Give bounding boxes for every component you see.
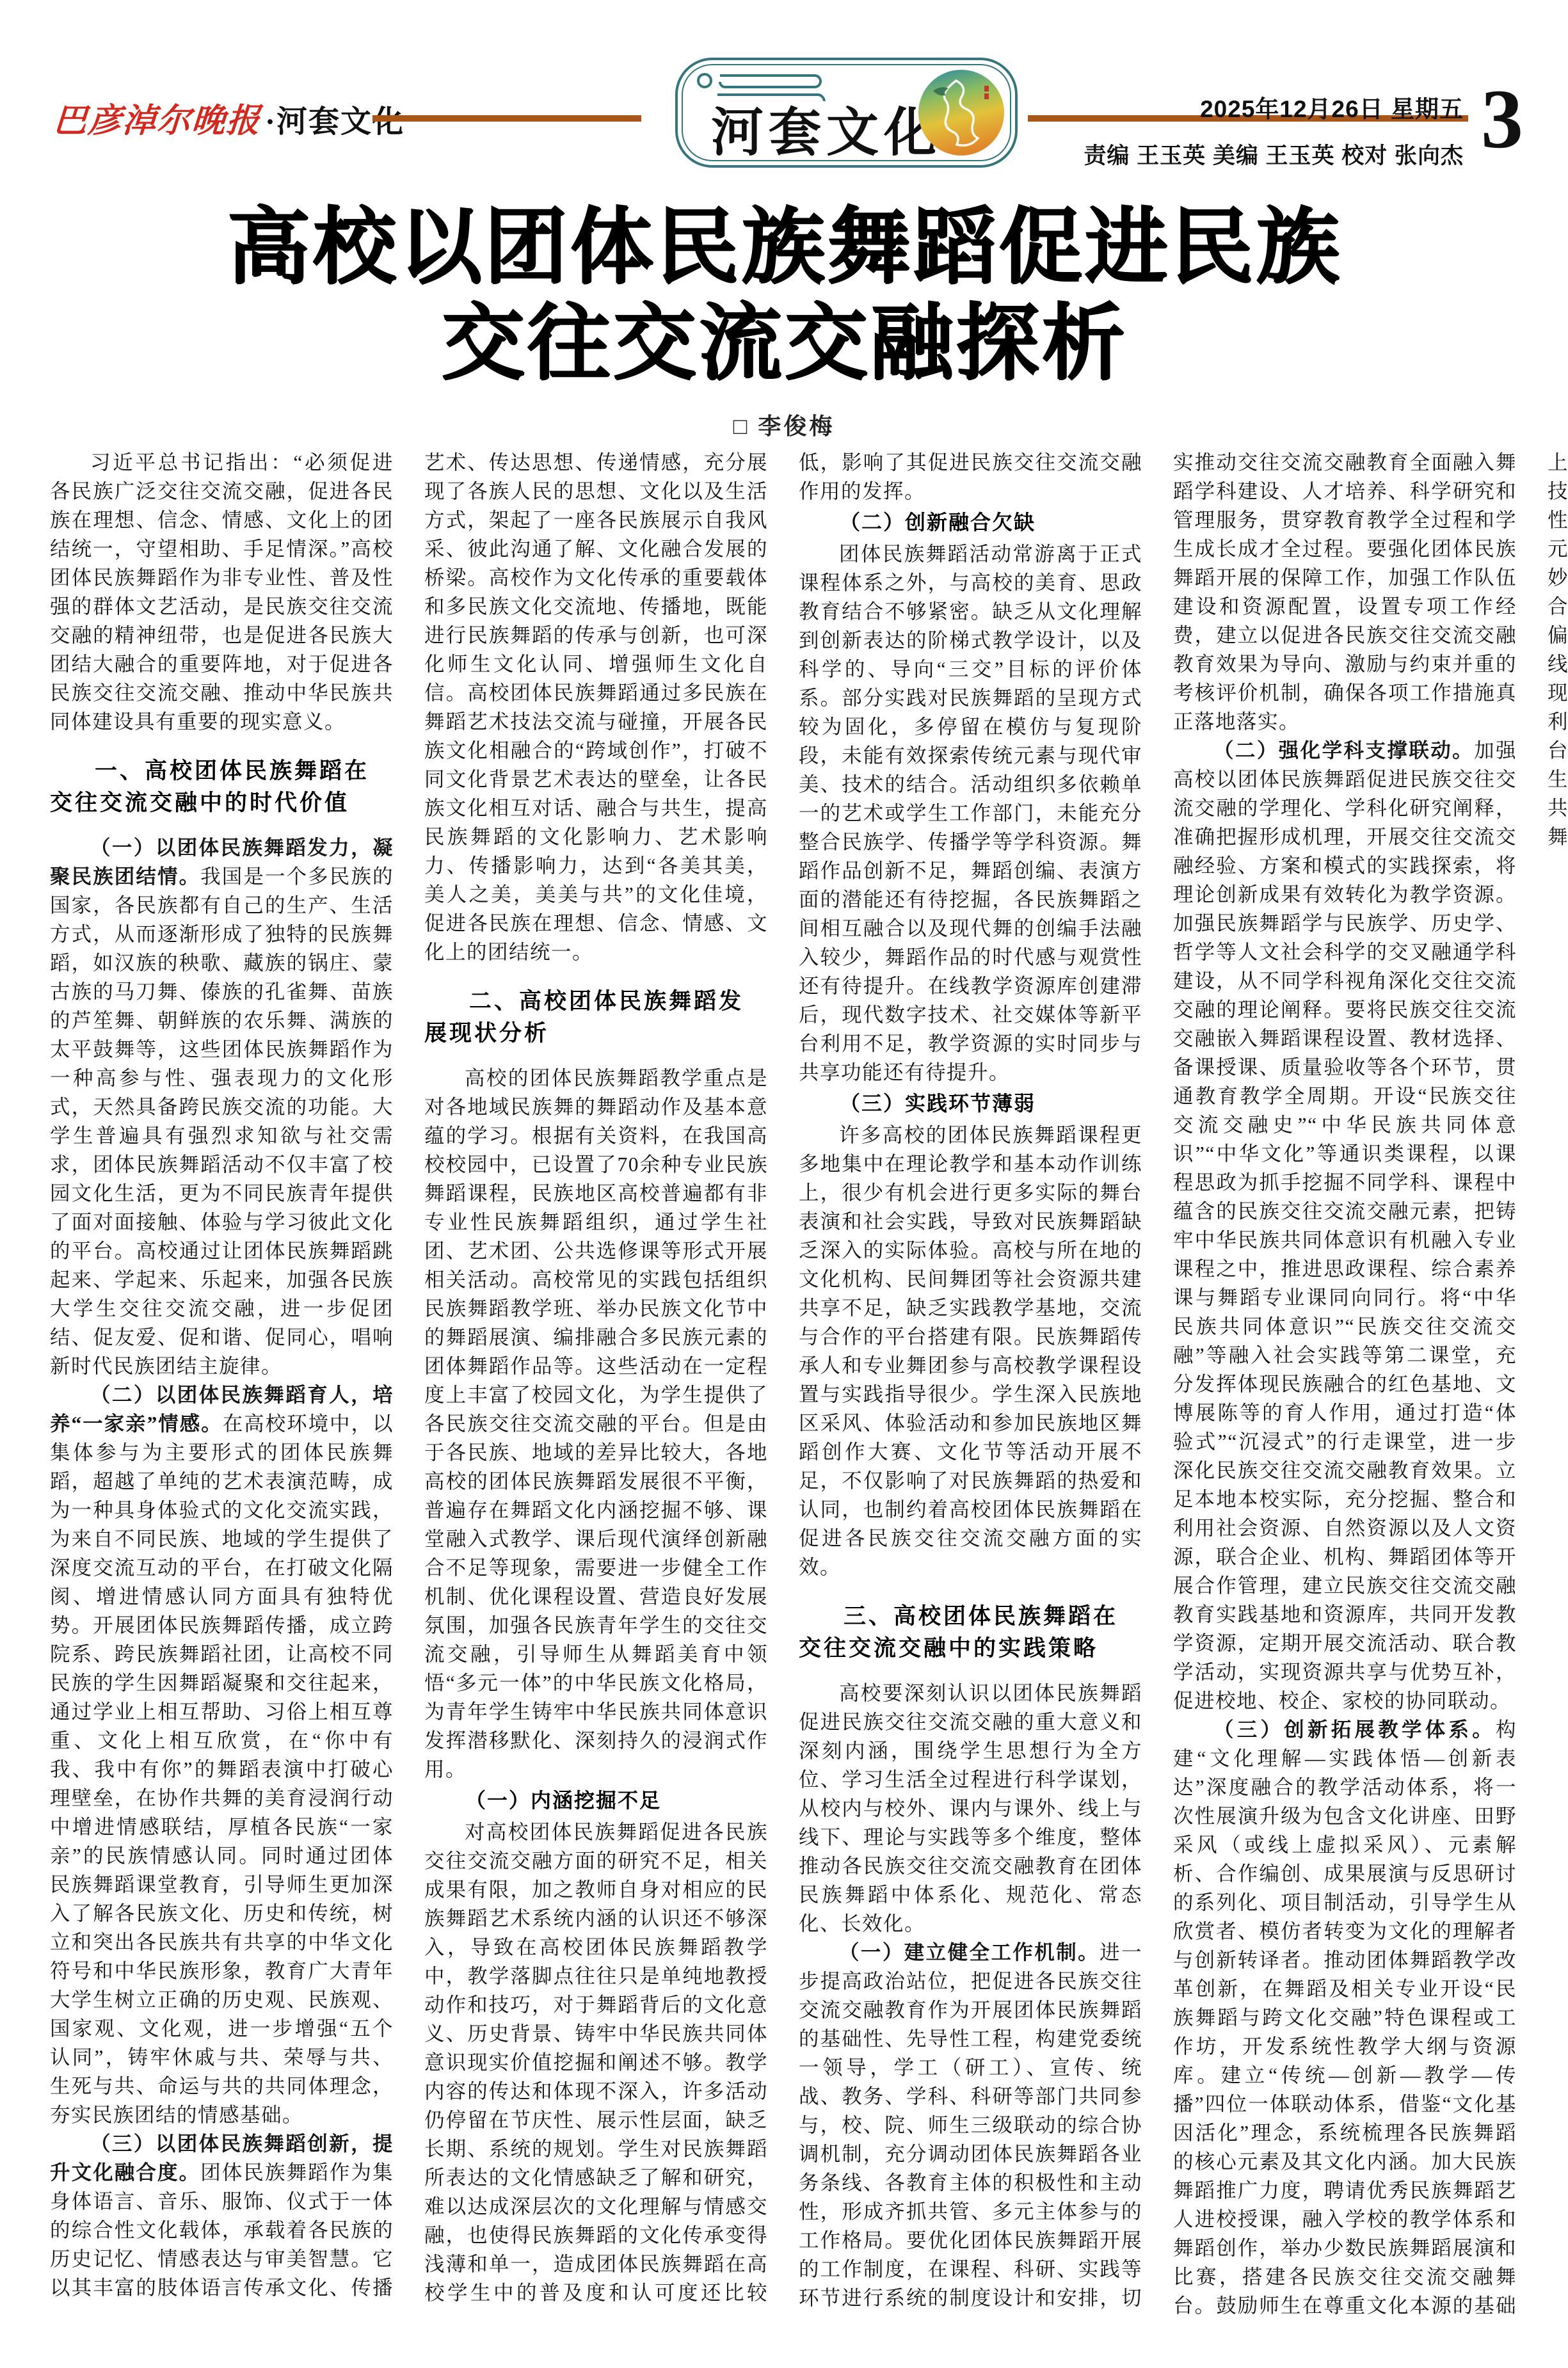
masthead: 巴彦淖尔晚报·河套文化 — [54, 93, 404, 141]
article-paragraph: 高校的团体民族舞蹈教学重点是对各地域民族舞的舞蹈动作及基本意蕴的学习。根据有关资… — [424, 1064, 768, 1784]
article-paragraph: （二）以团体民族舞蹈育人，培养“一家亲”情感。在高校环境中，以集体参与为主要形式… — [50, 1380, 394, 2129]
article-paragraph: 许多高校的团体民族舞蹈课程更多地集中在理论教学和基本动作训练上，很少有机会进行更… — [799, 1121, 1142, 1581]
header-rule-left — [372, 115, 641, 122]
globe-icon — [916, 68, 1006, 157]
page-number: 3 — [1481, 77, 1523, 161]
section-heading: 二、高校团体民族舞蹈发展现状分析 — [424, 986, 768, 1050]
subsection-heading: （三）实践环节薄弱 — [799, 1089, 1142, 1118]
section-heading: 一、高校团体民族舞蹈在交往交流交融中的时代价值 — [50, 755, 394, 819]
dateline: 2025年12月26日 星期五 责编 王玉英 美编 王玉英 校对 张向杰 — [1084, 90, 1464, 170]
badge-title: 河套文化 — [711, 91, 941, 166]
subsection-heading: （一）内涵挖掘不足 — [424, 1786, 768, 1815]
article-paragraph: （一）以团体民族舞蹈发力，凝聚民族团结情。我国是一个多民族的国家，各民族都有自己… — [50, 833, 394, 1380]
section-badge: 河套文化 — [675, 58, 1018, 168]
article-paragraph: 习近平总书记指出：“必须促进各民族广泛交往交流交融，促进各民族在理想、信念、情感… — [50, 448, 394, 736]
paragraph-lead: （二）强化学科支撑联动。 — [1213, 739, 1474, 762]
paragraph-lead: （三）以团体民族舞蹈创新，提升文化融合度。 — [50, 2132, 394, 2184]
paragraph-lead: （二）以团体民族舞蹈育人，培养“一家亲”情感。 — [50, 1384, 394, 1435]
paragraph-lead: （三）创新拓展教学体系。 — [1213, 1718, 1496, 1741]
newspaper-page: { "masthead": { "paper_name": "巴彦淖尔晚报", … — [0, 0, 1568, 2368]
paragraph-lead: （一）以团体民族舞蹈发力，凝聚民族团结情。 — [50, 836, 394, 888]
article-paragraph: 高校要深刻认识以团体民族舞蹈促进民族交往交流交融的重大意义和深刻内涵，围绕学生思… — [799, 1679, 1142, 1938]
article-title-block: 高校以团体民族舞蹈促进民族 交往交流交融探析 □ 李俊梅 — [0, 200, 1568, 441]
article-paragraph: （二）强化学科支撑联动。加强高校以团体民族舞蹈促进民族交往交流交融的学理化、学科… — [1173, 736, 1517, 1715]
subsection-heading: （二）创新融合欠缺 — [799, 508, 1142, 537]
paragraph-lead: （一）建立健全工作机制。 — [839, 1941, 1100, 1964]
article-paragraph: 团体民族舞蹈活动常游离于正式课程体系之外，与高校的美育、思政教育结合不够紧密。缺… — [799, 540, 1142, 1087]
publication-date: 2025年12月26日 星期五 — [1084, 90, 1464, 124]
section-heading: 三、高校团体民族舞蹈在交往交流交融中的实践策略 — [799, 1601, 1142, 1665]
editors-credit: 责编 王玉英 美编 王玉英 校对 张向杰 — [1084, 138, 1464, 170]
masthead-paper-name: 巴彦淖尔晚报 — [52, 93, 262, 141]
article-title-line1: 高校以团体民族舞蹈促进民族 — [0, 200, 1568, 296]
article-columns: 习近平总书记指出：“必须促进各民族广泛交往交流交融，促进各民族在理想、信念、情感… — [50, 448, 1517, 2330]
article-title-line2: 交往交流交融探析 — [0, 296, 1568, 392]
article-author: □ 李俊梅 — [0, 408, 1568, 441]
